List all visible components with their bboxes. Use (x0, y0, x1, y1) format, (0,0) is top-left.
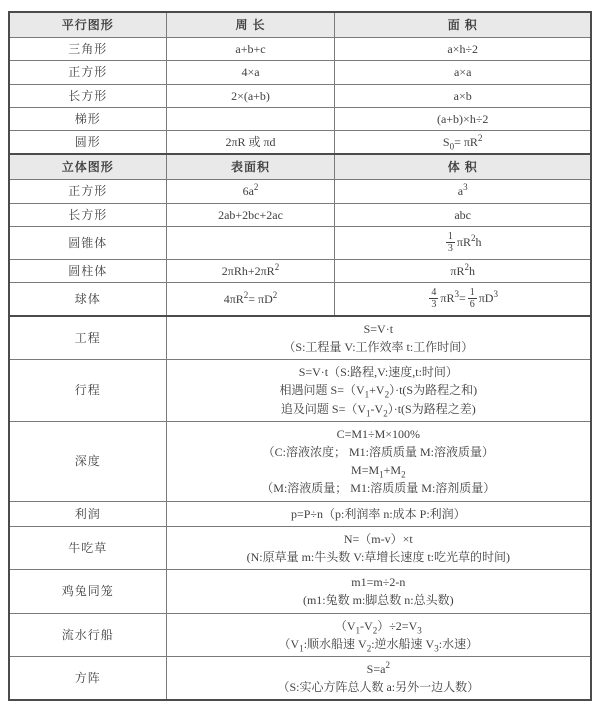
table-row: 流水行船（V1-V2）÷2=V3（V1:顺水船速 V2:逆水船速 V3:水速） (9, 613, 591, 656)
formula-cell: a3 (335, 180, 591, 203)
formula-cell: p=P÷n（p:利润率 n:成本 P:利润） (166, 501, 591, 526)
formula-cell: 4×a (166, 61, 335, 84)
section-header-row: 立体图形表面积体 积 (9, 154, 591, 180)
problem-label: 方阵 (9, 656, 166, 700)
formula-line: (m1:兔数 m:脚总数 n:总头数) (169, 591, 588, 609)
table-row: 球体4πR2= πD243πR3=16πD3 (9, 282, 591, 316)
formula-line: S=V·t（S:路程,V:速度,t:时间） (169, 363, 588, 381)
shape-label: 圆形 (9, 130, 166, 154)
formula-line: S=a2 (169, 660, 588, 678)
column-header: 平行图形 (9, 12, 166, 38)
formula-cell: N=（m-v）×t(N:原草量 m:牛头数 V:草增长速度 t:吃光草的时间) (166, 526, 591, 569)
formula-cell: C=M1÷M×100%（C:溶液浓度； M1:溶质质量 M:溶液质量）M=M1+… (166, 421, 591, 501)
shape-label: 三角形 (9, 38, 166, 61)
shape-label: 圆锥体 (9, 226, 166, 259)
formula-cell: (a+b)×h÷2 (335, 107, 591, 130)
formula-cell: abc (335, 203, 591, 226)
stacked-fraction: 43 (429, 287, 438, 311)
formula-line: （C:溶液浓度； M1:溶质质量 M:溶液质量） (169, 443, 588, 461)
problem-label: 工程 (9, 316, 166, 360)
problem-label: 流水行船 (9, 613, 166, 656)
formula-sheet-page: 平行图形周 长面 积三角形a+b+ca×h÷2正方形4×aa×a长方形2×(a+… (0, 0, 600, 670)
shape-label: 长方形 (9, 84, 166, 107)
formula-cell: 13πR2h (335, 226, 591, 259)
table-row: 正方形4×aa×a (9, 61, 591, 84)
formula-cell: S=V·t（S:工程量 V:工作效率 t:工作时间） (166, 316, 591, 360)
table-row: 鸡兔同笼m1=m÷2-n(m1:兔数 m:脚总数 n:总头数) (9, 570, 591, 613)
problem-label: 利润 (9, 501, 166, 526)
formula-line: C=M1÷M×100% (169, 425, 588, 443)
formula-line: （S:工程量 V:工作效率 t:工作时间） (169, 338, 588, 356)
formula-cell: 2ab+2bc+2ac (166, 203, 335, 226)
stacked-fraction: 16 (468, 287, 477, 311)
formula-line: （M:溶液质量； M1:溶质质量 M:溶剂质量） (169, 479, 588, 497)
table-row: 梯形(a+b)×h÷2 (9, 107, 591, 130)
formula-line: N=（m-v）×t (169, 530, 588, 548)
formula-line: p=P÷n（p:利润率 n:成本 P:利润） (169, 505, 588, 523)
table-row: 长方形2ab+2bc+2acabc (9, 203, 591, 226)
formula-cell: S=V·t（S:路程,V:速度,t:时间）相遇问题 S=（V1+V2）·t(S为… (166, 360, 591, 422)
formula-line: 追及问题 S=（V1-V2）·t(S为路程之差) (169, 400, 588, 418)
column-header: 表面积 (166, 154, 335, 180)
formula-cell: πR2h (335, 259, 591, 282)
formula-cell: 4πR2= πD2 (166, 282, 335, 316)
formula-cell: S=a2（S:实心方阵总人数 a:另外一边人数） (166, 656, 591, 700)
shape-label: 球体 (9, 282, 166, 316)
formula-table-body: 平行图形周 长面 积三角形a+b+ca×h÷2正方形4×aa×a长方形2×(a+… (9, 12, 591, 700)
shape-label: 正方形 (9, 61, 166, 84)
problem-label: 深度 (9, 421, 166, 501)
formula-cell (166, 107, 335, 130)
formula-cell: a+b+c (166, 38, 335, 61)
table-row: 利润p=P÷n（p:利润率 n:成本 P:利润） (9, 501, 591, 526)
formula-cell: S0= πR2 (335, 130, 591, 154)
problem-label: 行程 (9, 360, 166, 422)
section-header-row: 平行图形周 长面 积 (9, 12, 591, 38)
table-row: 圆柱体2πRh+2πR2πR2h (9, 259, 591, 282)
formula-cell: a×b (335, 84, 591, 107)
formula-line: m1=m÷2-n (169, 573, 588, 591)
problem-label: 鸡兔同笼 (9, 570, 166, 613)
formula-cell: a×a (335, 61, 591, 84)
formula-line: 相遇问题 S=（V1+V2）·t(S为路程之和) (169, 381, 588, 399)
column-header: 周 长 (166, 12, 335, 38)
table-row: 正方形6a2a3 (9, 180, 591, 203)
formula-cell (166, 226, 335, 259)
formula-cell: 2πRh+2πR2 (166, 259, 335, 282)
formula-cell: a×h÷2 (335, 38, 591, 61)
formula-cell: 2πR 或 πd (166, 130, 335, 154)
table-row: 牛吃草N=（m-v）×t(N:原草量 m:牛头数 V:草增长速度 t:吃光草的时… (9, 526, 591, 569)
column-header: 立体图形 (9, 154, 166, 180)
table-row: 行程S=V·t（S:路程,V:速度,t:时间）相遇问题 S=（V1+V2）·t(… (9, 360, 591, 422)
table-row: 深度C=M1÷M×100%（C:溶液浓度； M1:溶质质量 M:溶液质量）M=M… (9, 421, 591, 501)
formula-line: （V1-V2）÷2=V3 (169, 617, 588, 635)
formula-cell: 6a2 (166, 180, 335, 203)
formula-line: (N:原草量 m:牛头数 V:草增长速度 t:吃光草的时间) (169, 548, 588, 566)
table-row: 长方形2×(a+b)a×b (9, 84, 591, 107)
formula-cell: 43πR3=16πD3 (335, 282, 591, 316)
table-row: 方阵S=a2（S:实心方阵总人数 a:另外一边人数） (9, 656, 591, 700)
table-row: 圆形2πR 或 πdS0= πR2 (9, 130, 591, 154)
formula-table: 平行图形周 长面 积三角形a+b+ca×h÷2正方形4×aa×a长方形2×(a+… (8, 11, 592, 701)
formula-line: S=V·t (169, 320, 588, 338)
formula-cell: （V1-V2）÷2=V3（V1:顺水船速 V2:逆水船速 V3:水速） (166, 613, 591, 656)
shape-label: 正方形 (9, 180, 166, 203)
column-header: 面 积 (335, 12, 591, 38)
stacked-fraction: 13 (446, 231, 455, 255)
shape-label: 长方形 (9, 203, 166, 226)
shape-label: 梯形 (9, 107, 166, 130)
problem-label: 牛吃草 (9, 526, 166, 569)
table-row: 圆锥体13πR2h (9, 226, 591, 259)
table-row: 工程S=V·t（S:工程量 V:工作效率 t:工作时间） (9, 316, 591, 360)
formula-line: （S:实心方阵总人数 a:另外一边人数） (169, 678, 588, 696)
column-header: 体 积 (335, 154, 591, 180)
formula-cell: 2×(a+b) (166, 84, 335, 107)
formula-line: （V1:顺水船速 V2:逆水船速 V3:水速） (169, 635, 588, 653)
table-row: 三角形a+b+ca×h÷2 (9, 38, 591, 61)
formula-cell: m1=m÷2-n(m1:兔数 m:脚总数 n:总头数) (166, 570, 591, 613)
shape-label: 圆柱体 (9, 259, 166, 282)
formula-line: M=M1+M2 (169, 461, 588, 479)
